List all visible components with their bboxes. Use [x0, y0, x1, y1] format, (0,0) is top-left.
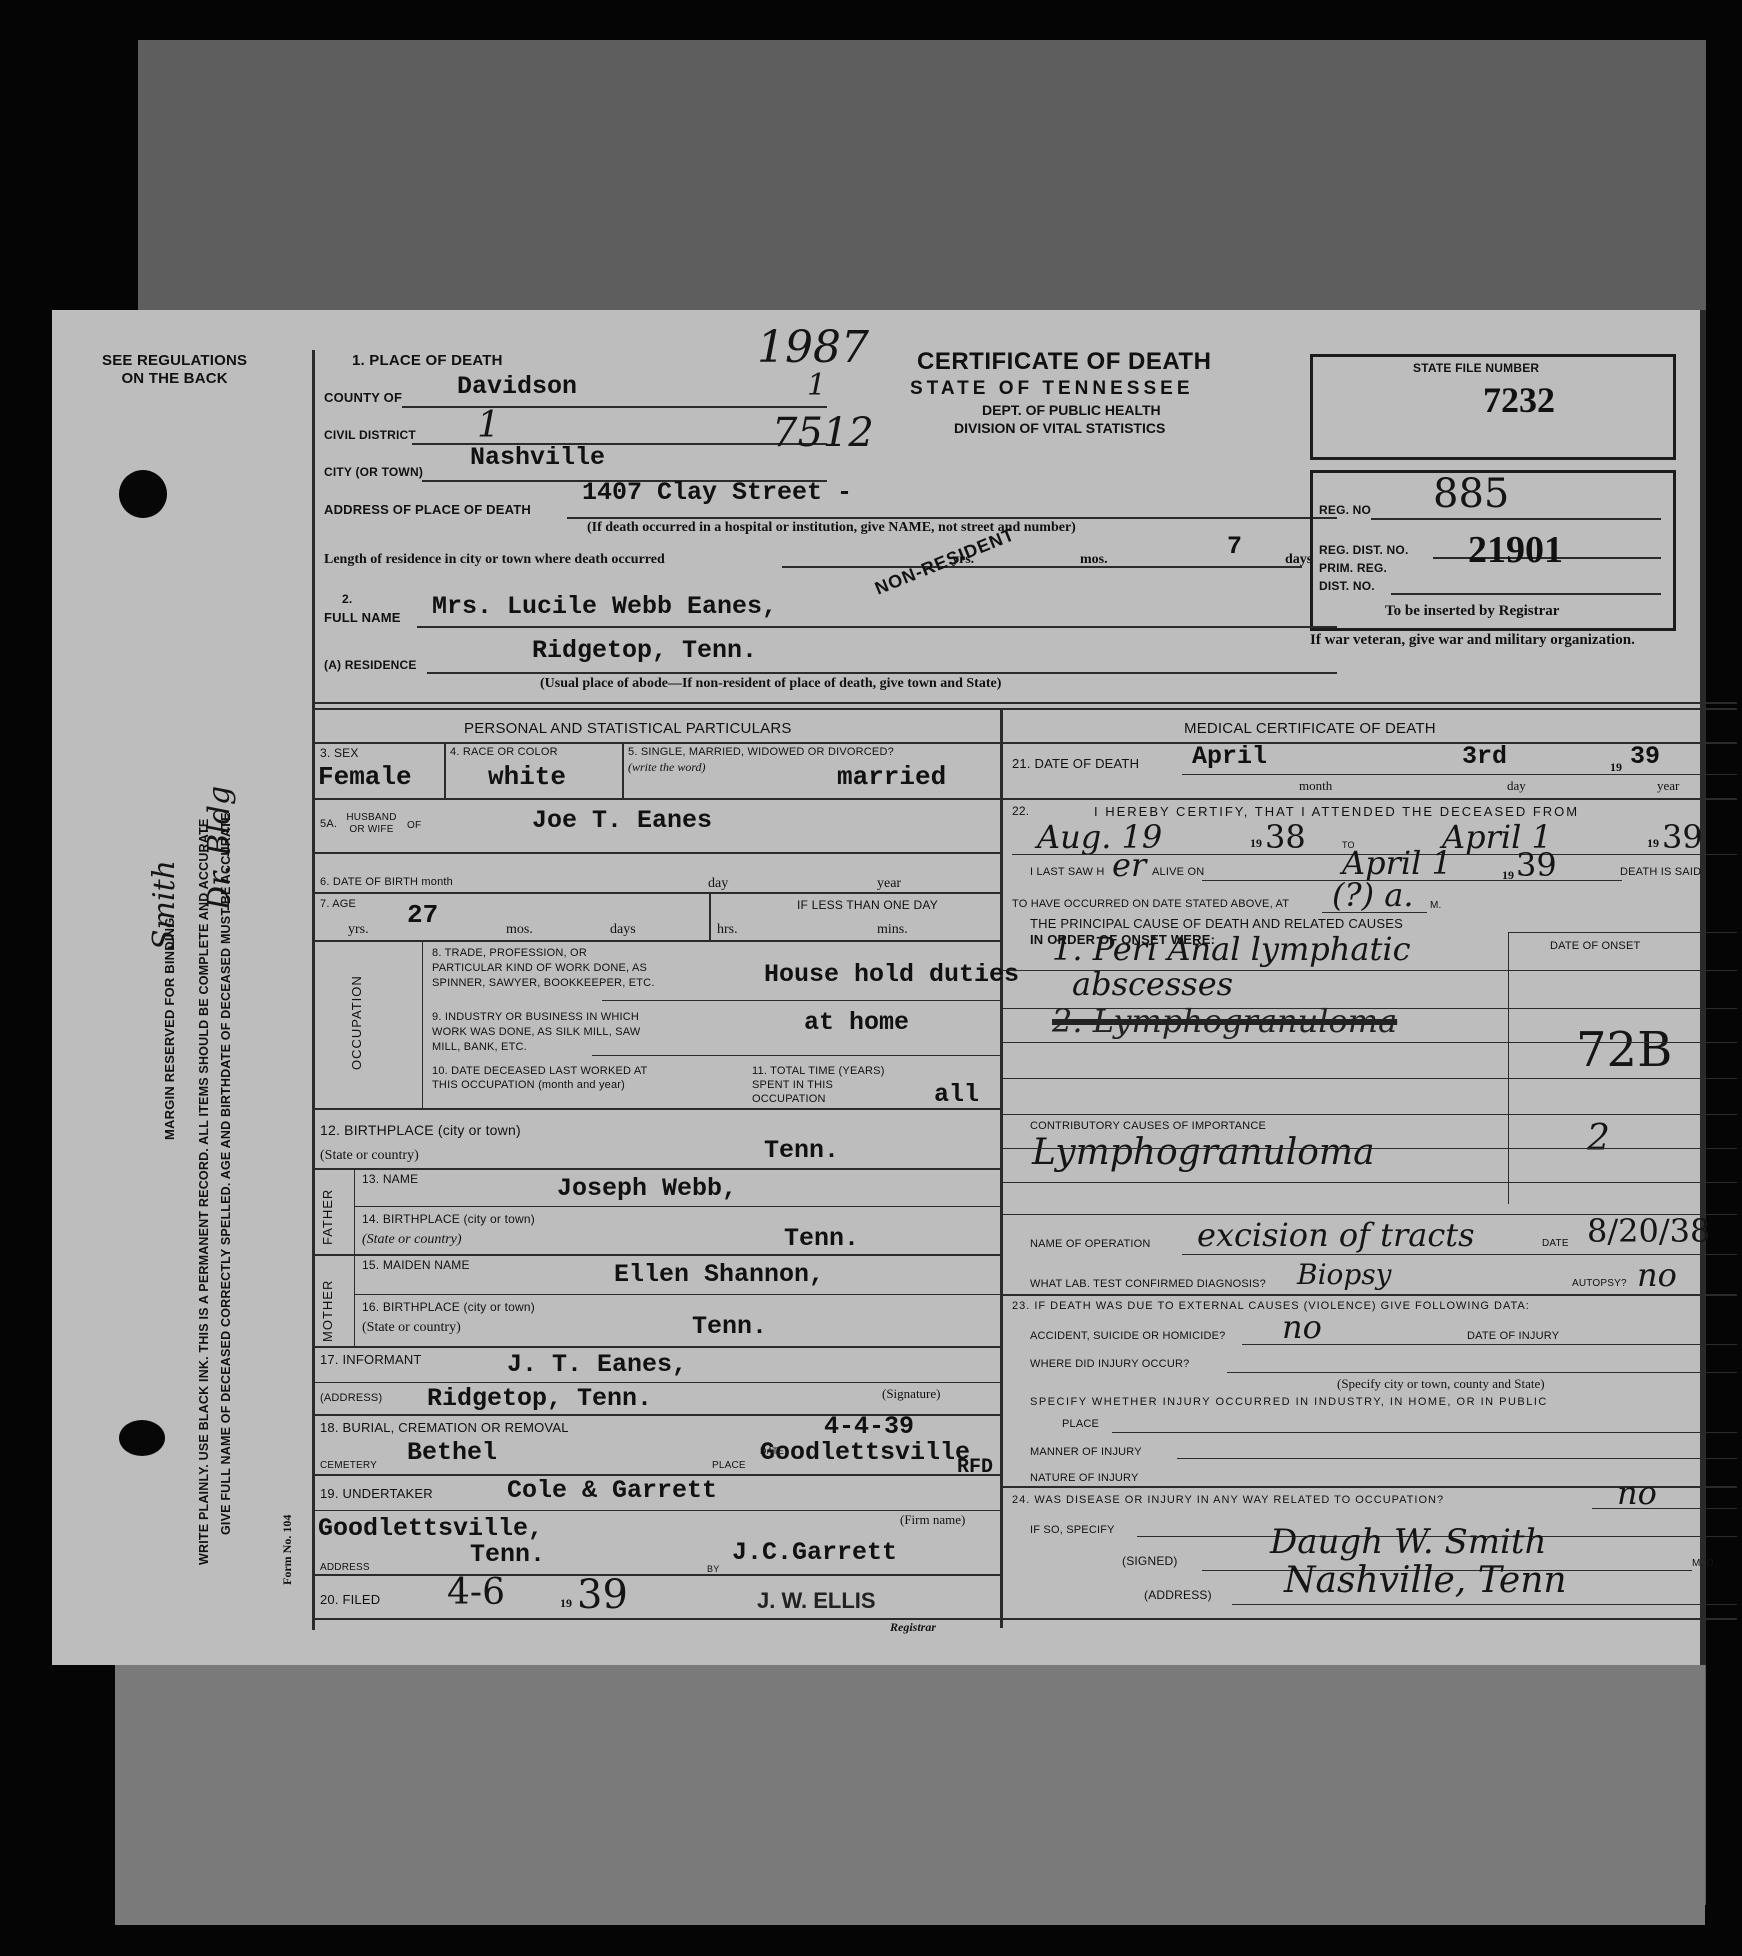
state-name: STATE OF TENNESSEE	[910, 378, 1194, 400]
attended-to-year-prefix: 19	[1647, 836, 1659, 851]
sex-divider	[444, 742, 446, 798]
occupation-side-label: OCCUPATION	[349, 975, 364, 1070]
occupation-side-divider	[422, 940, 423, 1108]
reg-dist-number: 21901	[1468, 528, 1563, 572]
department: DEPT. OF PUBLIC HEALTH	[982, 402, 1161, 418]
death-certificate: SEE REGULATIONS ON THE BACK Smith Dr. Bl…	[52, 310, 1706, 1665]
reg-no-value: 885	[1433, 471, 1509, 517]
month-label: month	[1299, 778, 1332, 794]
race-divider	[622, 742, 624, 798]
attended-from-year-prefix: 19	[1250, 836, 1262, 851]
mother-birthplace-label: 16. BIRTHPLACE (city or town)	[362, 1300, 535, 1314]
accident-value: no	[1282, 1308, 1322, 1346]
form-number: Form No. 104	[280, 1515, 295, 1585]
certify-text: I HEREBY CERTIFY, THAT I ATTENDED THE DE…	[1094, 804, 1579, 819]
cause-line-5	[1002, 1114, 1737, 1115]
father-birthplace-value: Tenn.	[784, 1224, 859, 1253]
residence-hint: (Usual place of abode—If non-resident of…	[540, 676, 1001, 692]
parents-side-divider	[354, 1168, 355, 1348]
occupation-rule	[312, 1108, 1000, 1110]
accident-underline	[1242, 1344, 1737, 1345]
birthplace-rule	[312, 1168, 1000, 1170]
handwritten-code: 7512	[772, 410, 874, 456]
place-value: Goodlettsville	[760, 1438, 970, 1467]
cemetery-label: CEMETERY	[320, 1460, 377, 1471]
public-place-underline	[1112, 1432, 1737, 1433]
mother-side-label: MOTHER	[320, 1280, 335, 1342]
address-label: ADDRESS OF PLACE OF DEATH	[324, 502, 531, 517]
operation-date-label: DATE	[1542, 1238, 1569, 1249]
cause-1b-value: abscesses	[1072, 965, 1233, 1003]
mother-name-value: Ellen Shannon,	[614, 1260, 824, 1289]
medical-heading-rule	[1002, 742, 1737, 744]
informant-value: J. T. Eanes,	[507, 1350, 687, 1379]
burial-date-value: 4-4-39	[824, 1412, 914, 1441]
alive-on-label: ALIVE ON	[1152, 866, 1204, 878]
state-file-label: STATE FILE NUMBER	[1413, 361, 1539, 375]
row6-rule	[312, 892, 1000, 894]
dod-month-value: April	[1192, 742, 1267, 771]
age-mos-label: mos.	[506, 922, 533, 938]
manner-label: MANNER OF INJURY	[1030, 1446, 1142, 1458]
injury-date-label: DATE OF INJURY	[1467, 1330, 1559, 1342]
mos-label: mos.	[1080, 552, 1108, 568]
father-name-value: Joseph Webb,	[557, 1174, 737, 1203]
see-regulations-line2: ON THE BACK	[102, 370, 247, 388]
civil-district-label: CIVIL DISTRICT	[324, 428, 416, 442]
physician-address-value: Nashville, Tenn	[1284, 1560, 1567, 1601]
filed-date-value: 4-6	[447, 1572, 505, 1613]
operation-date-value: 8/20/38	[1587, 1212, 1710, 1250]
registrar-label: Registrar	[890, 1620, 936, 1635]
cause-line-4	[1002, 1078, 1737, 1079]
dist-no-underline	[1391, 593, 1661, 595]
md-label: M. D.	[1692, 1558, 1717, 1569]
burial-label: 18. BURIAL, CREMATION OR REMOVAL	[320, 1420, 569, 1435]
address-underline	[567, 517, 1337, 519]
occurred-label: TO HAVE OCCURRED ON DATE STATED ABOVE, A…	[1012, 898, 1289, 910]
undertaker-label: 19. UNDERTAKER	[320, 1486, 433, 1501]
father-name-label: 13. NAME	[362, 1172, 418, 1186]
hrs-label: hrs.	[717, 922, 738, 938]
signature-label: (Signature)	[882, 1386, 940, 1402]
sex-value: Female	[318, 762, 412, 792]
father-birthplace-label: 14. BIRTHPLACE (city or town)	[362, 1212, 535, 1226]
firm-name-label: (Firm name)	[900, 1512, 965, 1528]
age-divider	[709, 892, 711, 940]
onset-column-top	[1508, 932, 1737, 933]
spouse-num: 5A.	[320, 818, 337, 830]
row3-rule	[312, 798, 1000, 800]
spouse-value: Joe T. Eanes	[532, 806, 712, 835]
contributory-onset: 2	[1587, 1118, 1610, 1159]
residence-label: (A) RESIDENCE	[324, 658, 417, 672]
full-name-value: Mrs. Lucile Webb Eanes,	[432, 592, 777, 621]
autopsy-value: no	[1637, 1256, 1677, 1294]
row5a-rule	[312, 852, 1000, 854]
informant-address-label: (ADDRESS)	[320, 1392, 382, 1404]
day-label: day	[1507, 778, 1526, 794]
attended-from-year: 38	[1265, 818, 1306, 856]
trade-value: House hold duties	[764, 960, 1019, 989]
cause-1-value: 1. Peri Anal lymphatic	[1052, 930, 1410, 968]
see-regulations-line1: SEE REGULATIONS	[102, 352, 247, 370]
last-saw-label: I LAST SAW H	[1030, 866, 1105, 878]
war-veteran-note: If war veteran, give war and military or…	[1310, 632, 1680, 649]
spouse-label: HUSBAND OR WIFE	[344, 812, 399, 836]
backing-board-lower	[115, 1665, 1705, 1925]
less-than-day-label: IF LESS THAN ONE DAY	[797, 898, 938, 912]
filed-year-value: 39	[577, 1572, 628, 1618]
filed-label: 20. FILED	[320, 1592, 380, 1607]
nature-label: NATURE OF INJURY	[1030, 1472, 1139, 1484]
county-label: COUNTY OF	[324, 390, 402, 405]
trade-underline	[602, 1000, 1000, 1001]
state-file-box: STATE FILE NUMBER 7232	[1310, 354, 1676, 460]
age-days-label: days	[610, 922, 636, 938]
mother-name-label: 15. MAIDEN NAME	[362, 1258, 470, 1272]
father-name-rule	[354, 1206, 1000, 1207]
last-saw-pronoun: er	[1112, 846, 1146, 884]
total-time-value: all	[934, 1080, 979, 1109]
contributory-line-1	[1002, 1148, 1737, 1149]
full-name-underline	[417, 626, 1337, 628]
registrar-box: REG. NO 885 REG. DIST. NO. PRIM. REG. DI…	[1310, 470, 1676, 631]
manner-underline	[1177, 1458, 1737, 1459]
divider-top-1	[312, 702, 1737, 704]
prim-reg-label: PRIM. REG.	[1319, 561, 1387, 575]
city-value: Nashville	[470, 443, 605, 472]
medical-heading: MEDICAL CERTIFICATE OF DEATH	[1184, 720, 1436, 737]
dob-day-label: day	[708, 876, 728, 892]
registrar-box-footer: To be inserted by Registrar	[1385, 603, 1559, 620]
dod-label: 21. DATE OF DEATH	[1012, 756, 1139, 771]
undertaker-rule	[312, 1510, 1000, 1511]
dod-rule	[1002, 798, 1737, 800]
birthplace-state-label: (State or country)	[320, 1148, 419, 1164]
industry-underline	[592, 1055, 1000, 1056]
reg-dist-label: REG. DIST. NO.	[1319, 543, 1408, 557]
address-value: 1407 Clay Street -	[582, 478, 852, 507]
full-name-num: 2.	[342, 592, 352, 606]
binding-hole-bottom-icon	[119, 1420, 165, 1456]
race-value: white	[488, 762, 566, 792]
margin-instructions-1: WRITE PLAINLY. USE BLACK INK. THIS IS A …	[197, 819, 211, 1565]
accident-label: ACCIDENT, SUICIDE OR HOMICIDE?	[1030, 1330, 1225, 1342]
father-birthplace-state-label: (State or country)	[362, 1232, 462, 1248]
trade-label: 8. TRADE, PROFESSION, OR PARTICULAR KIND…	[432, 946, 657, 991]
undertaker-city: Goodlettsville,	[318, 1514, 543, 1543]
undertaker-state: Tenn.	[470, 1540, 545, 1569]
lab-test-label: WHAT LAB. TEST CONFIRMED DIAGNOSIS?	[1030, 1278, 1266, 1290]
if-so-specify-label: IF SO, SPECIFY	[1030, 1524, 1115, 1536]
margin-instructions-2: GIVE FULL NAME OF DECEASED CORRECTLY SPE…	[219, 812, 233, 1535]
physician-signature: Daugh W. Smith	[1270, 1522, 1546, 1562]
race-label: 4. RACE OR COLOR	[450, 746, 558, 758]
contributory-line-2	[1002, 1182, 1737, 1183]
dod-year-prefix: 19	[1610, 760, 1622, 775]
injury-where-hint: (Specify city or town, county and State)	[1337, 1376, 1545, 1392]
signed-label: (SIGNED)	[1122, 1554, 1178, 1568]
sex-label: 3. SEX	[320, 746, 359, 760]
undertaker-address-label: ADDRESS	[320, 1562, 370, 1573]
operation-value: excision of tracts	[1197, 1216, 1475, 1254]
state-file-number: 7232	[1483, 379, 1555, 421]
place-of-death-label: 1. PLACE OF DEATH	[352, 352, 503, 369]
birthplace-label: 12. BIRTHPLACE (city or town)	[320, 1122, 521, 1138]
certify-num: 22.	[1012, 804, 1029, 818]
center-divider	[1000, 708, 1003, 1628]
father-rule	[312, 1254, 1000, 1256]
residence-value: Ridgetop, Tenn.	[532, 636, 757, 665]
registrar-name: J. W. ELLIS	[757, 1588, 876, 1614]
operation-underline	[1182, 1254, 1737, 1255]
physician-address-label: (ADDRESS)	[1144, 1588, 1212, 1602]
residence-underline	[427, 672, 1337, 674]
age-yrs-label: yrs.	[348, 922, 369, 938]
dod-day-value: 3rd	[1462, 742, 1507, 771]
divider-top-2	[312, 708, 1737, 710]
onset-header: DATE OF ONSET	[1550, 940, 1640, 952]
civil-district-value: 1	[477, 405, 500, 446]
personal-heading-rule	[312, 742, 1000, 744]
spouse-of-label: OF	[407, 820, 421, 831]
margin-reserved-label: MARGIN RESERVED FOR BINDING	[162, 917, 177, 1140]
undertaker-address-rule	[312, 1574, 1000, 1576]
handwritten-mark: 1	[807, 368, 826, 403]
bottom-rule	[312, 1618, 1737, 1620]
informant-address-value: Ridgetop, Tenn.	[427, 1384, 652, 1413]
informant-label: 17. INFORMANT	[320, 1352, 422, 1367]
autopsy-label: AUTOPSY?	[1572, 1278, 1627, 1289]
undertaker-by-value: J.C.Garrett	[732, 1538, 897, 1567]
occupation-related-underline	[1592, 1508, 1737, 1509]
injury-place-label: SPECIFY WHETHER INJURY OCCURRED IN INDUS…	[1030, 1396, 1548, 1408]
place-label: PLACE	[712, 1460, 746, 1471]
dod-year-value: 39	[1630, 742, 1660, 771]
public-place-label: PLACE	[1062, 1418, 1099, 1430]
filed-year-prefix: 19	[560, 1596, 572, 1611]
see-regulations-note: SEE REGULATIONS ON THE BACK	[102, 352, 247, 388]
dist-no-label: DIST. NO.	[1319, 579, 1375, 593]
days-label: days	[1285, 552, 1312, 568]
dob-label: 6. DATE OF BIRTH month	[320, 876, 453, 888]
cause-heading-1: THE PRINCIPAL CAUSE OF DEATH AND RELATED…	[1030, 916, 1403, 931]
full-name-label: FULL NAME	[324, 610, 401, 625]
time-value: (?) a.	[1332, 876, 1414, 914]
binding-hole-top-icon	[119, 470, 167, 518]
cause-line-3	[1002, 1042, 1737, 1043]
contributory-label: CONTRIBUTORY CAUSES OF IMPORTANCE	[1030, 1120, 1266, 1132]
occupation-related-value: no	[1617, 1474, 1657, 1512]
handwritten-number: 1987	[757, 322, 869, 373]
marital-value: married	[837, 762, 946, 792]
county-underline	[402, 406, 827, 408]
attended-to-year: 39	[1662, 818, 1703, 856]
marital-hint: (write the word)	[628, 760, 706, 775]
age-years-value: 27	[407, 900, 438, 930]
division: DIVISION OF VITAL STATISTICS	[954, 420, 1165, 436]
onset-column-divider	[1508, 932, 1509, 1204]
informant-rule	[312, 1382, 1000, 1383]
onset-code: 72B	[1576, 1022, 1672, 1078]
cemetery-value: Bethel	[407, 1438, 497, 1467]
city-label: CITY (OR TOWN)	[324, 465, 423, 479]
lab-test-value: Biopsy	[1297, 1258, 1392, 1291]
external-causes-label: 23. IF DEATH WAS DUE TO EXTERNAL CAUSES …	[1012, 1300, 1530, 1312]
row7-rule	[312, 940, 1000, 942]
last-worked-label: 10. DATE DECEASED LAST WORKED AT THIS OC…	[432, 1064, 657, 1092]
frame-left-border	[312, 350, 315, 1630]
contributory-value: Lymphogranuloma	[1032, 1132, 1375, 1173]
total-time-label: 11. TOTAL TIME (YEARS) SPENT IN THIS OCC…	[752, 1064, 902, 1106]
residence-length-underline	[782, 566, 1302, 568]
reg-no-label: REG. NO	[1319, 503, 1371, 517]
birthplace-value: Tenn.	[764, 1136, 839, 1165]
mother-name-rule	[354, 1294, 1000, 1295]
occupation-related-label: 24. WAS DISEASE OR INJURY IN ANY WAY REL…	[1012, 1494, 1444, 1506]
dob-year-label: year	[877, 876, 901, 892]
injury-where-underline	[1227, 1372, 1737, 1373]
mins-label: mins.	[877, 922, 908, 938]
dod-underline	[1182, 774, 1737, 775]
physician-address-underline	[1232, 1604, 1737, 1605]
industry-value: at home	[804, 1008, 909, 1037]
death-is-said-label: DEATH IS SAID	[1620, 866, 1701, 878]
age-label: 7. AGE	[320, 898, 356, 910]
m-label: M.	[1430, 900, 1442, 911]
cause-2-struck: 2. Lymphogranuloma	[1052, 1002, 1397, 1040]
residence-days-value: 7	[1227, 532, 1242, 561]
undertaker-value: Cole & Garrett	[507, 1476, 717, 1505]
reg-no-underline	[1371, 518, 1661, 520]
residence-length-label: Length of residence in city or town wher…	[324, 552, 665, 568]
mother-birthplace-value: Tenn.	[692, 1312, 767, 1341]
year-label: year	[1657, 778, 1679, 794]
industry-label: 9. INDUSTRY OR BUSINESS IN WHICH WORK WA…	[432, 1010, 657, 1055]
last-saw-year: 39	[1516, 846, 1557, 884]
operation-label: NAME OF OPERATION	[1030, 1238, 1151, 1250]
mother-rule	[312, 1346, 1000, 1348]
injury-where-label: WHERE DID INJURY OCCUR?	[1030, 1358, 1189, 1370]
certificate-title: CERTIFICATE OF DEATH	[917, 348, 1211, 376]
mother-birthplace-state-label: (State or country)	[362, 1320, 461, 1336]
time-underline	[1322, 912, 1427, 913]
father-side-label: FATHER	[320, 1189, 335, 1245]
marital-label: 5. SINGLE, MARRIED, WIDOWED OR DIVORCED?	[628, 746, 894, 758]
county-value: Davidson	[457, 372, 577, 401]
by-label: BY	[707, 1564, 719, 1574]
personal-heading: PERSONAL AND STATISTICAL PARTICULARS	[464, 720, 792, 737]
lab-test-rule	[1002, 1294, 1737, 1296]
